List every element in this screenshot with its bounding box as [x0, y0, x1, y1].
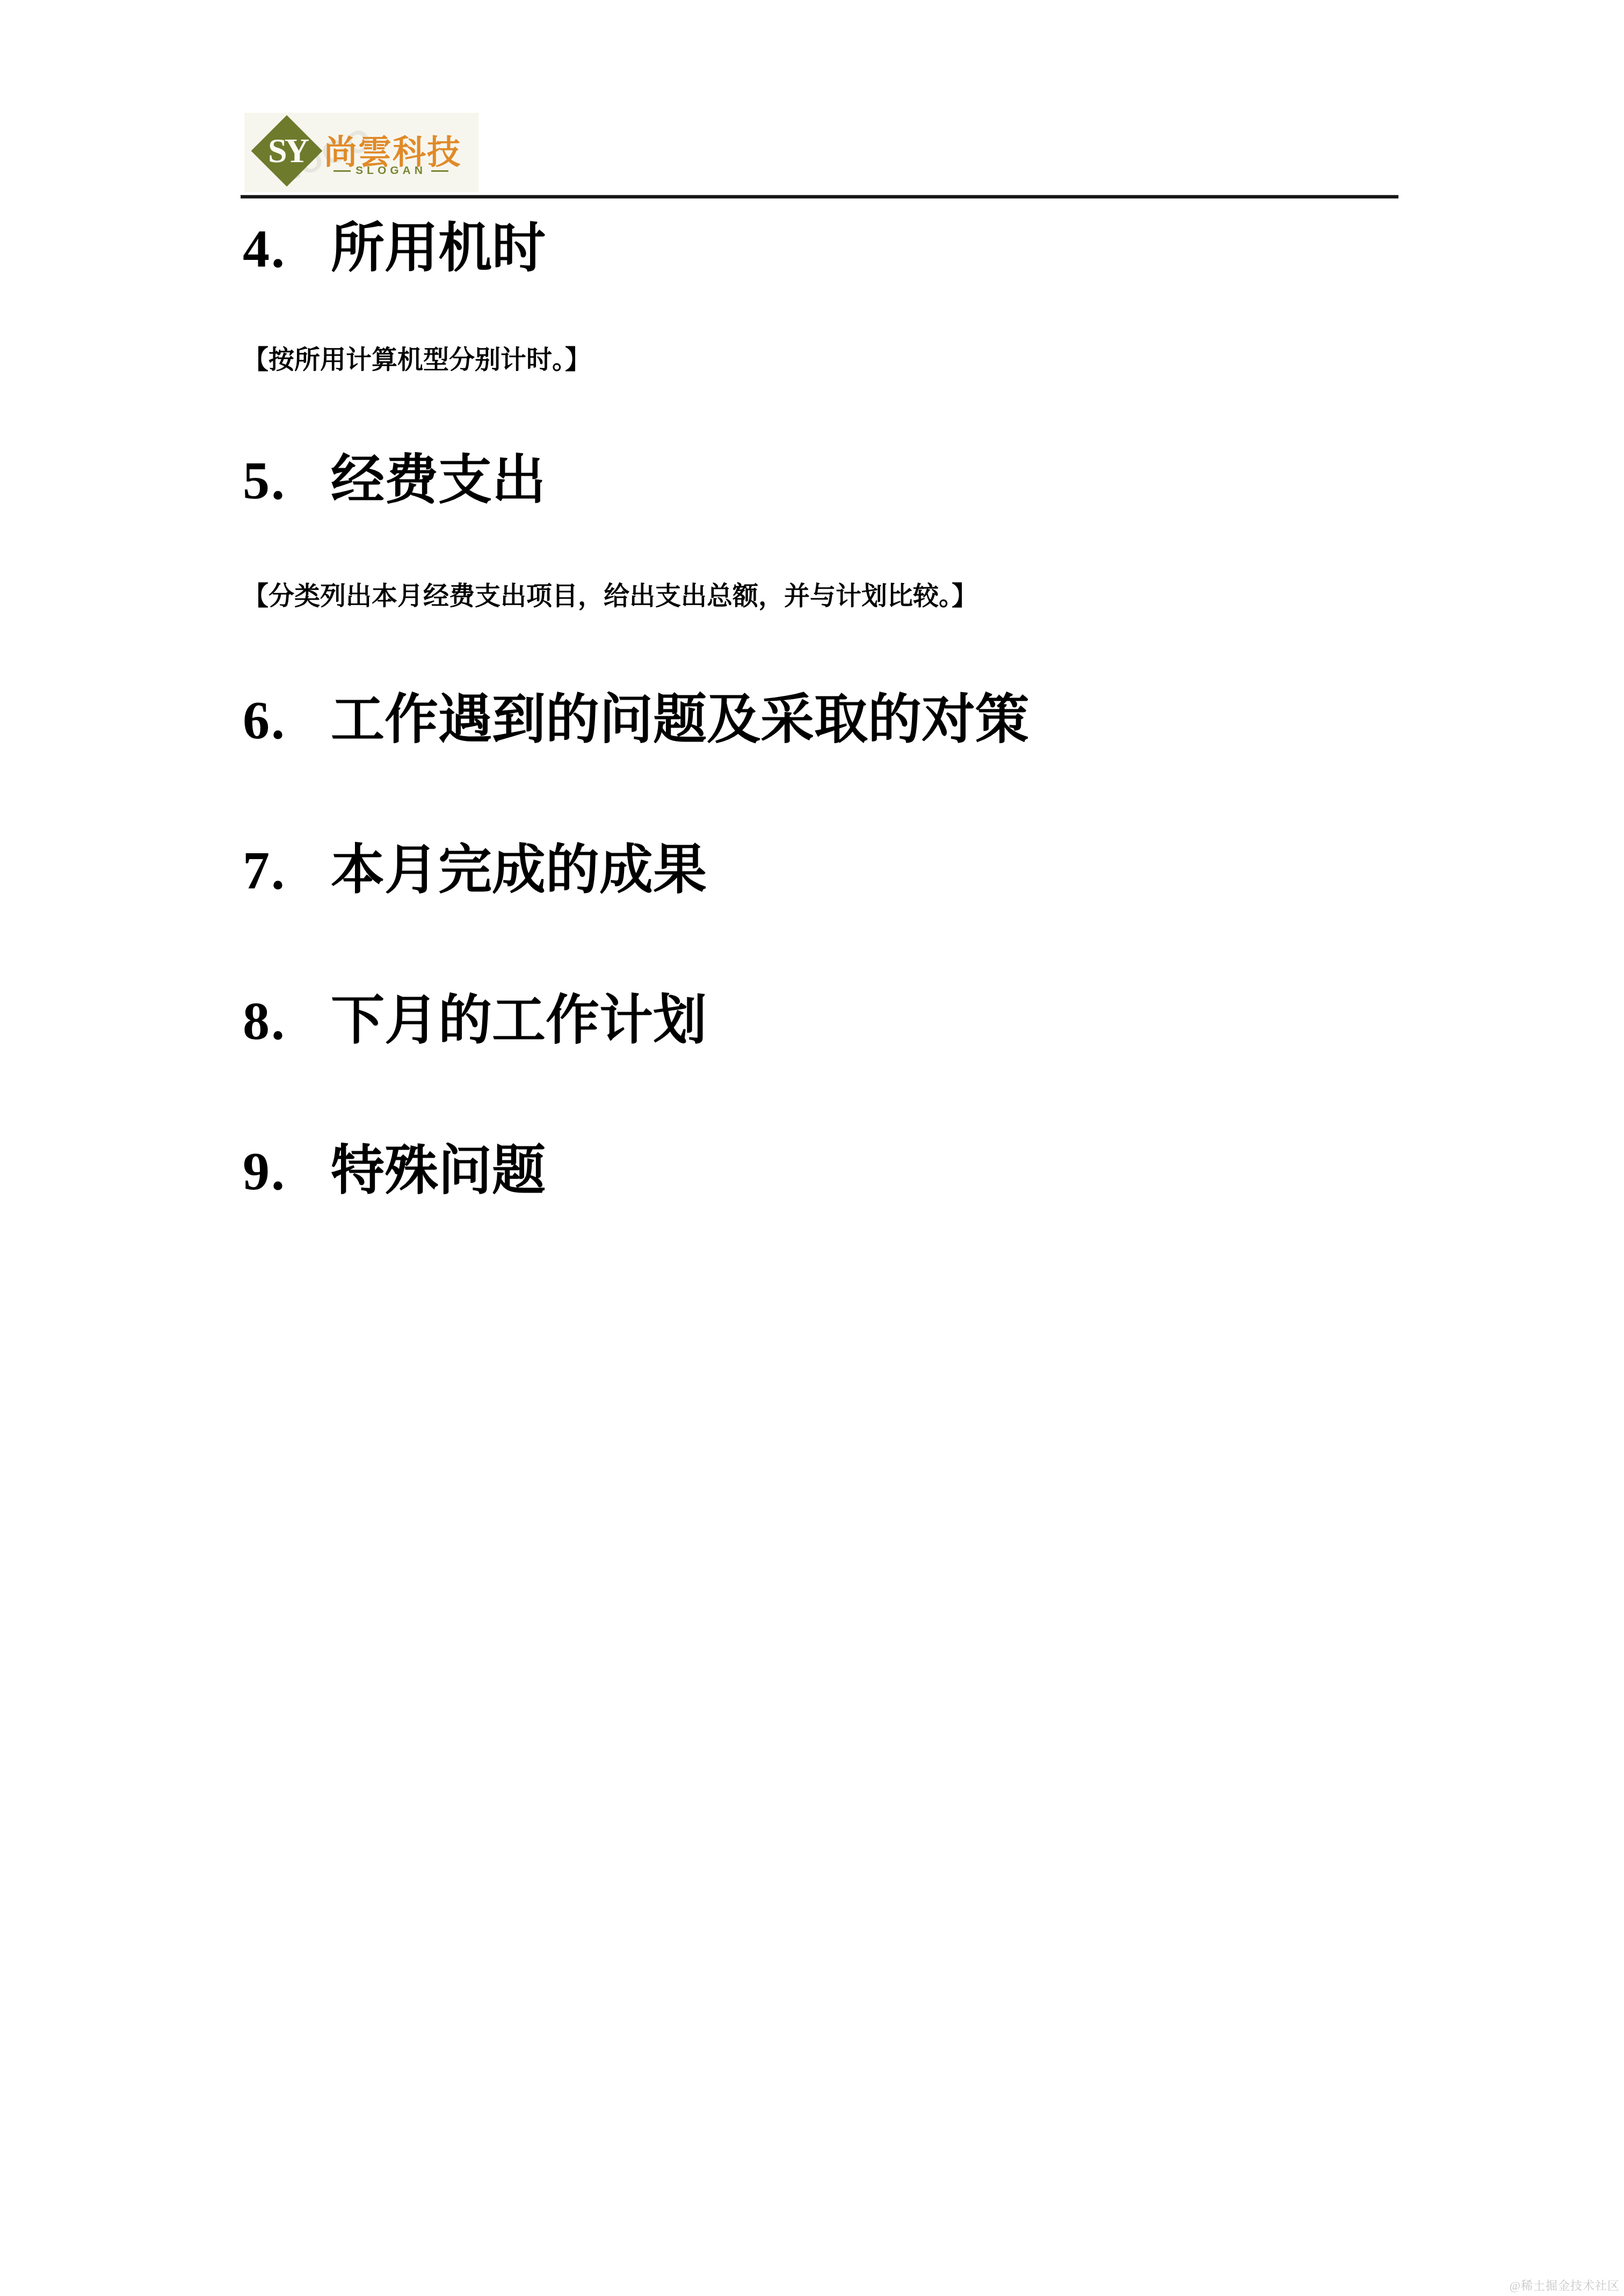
section-title: 下月的工作计划	[331, 991, 707, 1050]
section-title: 特殊问题	[331, 1141, 546, 1201]
section-title: 本月完成的成果	[331, 840, 707, 900]
logo-monogram: SY	[247, 131, 328, 171]
section-number: 8．	[243, 991, 323, 1050]
site-watermark: @稀土掘金技术社区	[1510, 2277, 1620, 2293]
section-number: 7．	[243, 840, 323, 900]
section-title: 经费支出	[331, 451, 546, 510]
document-page: LOGO SY 尚雲科技 SLOGAN 4．所用机时 【按所用计算机型分别计时。…	[0, 0, 1624, 2296]
slogan-right-line	[431, 170, 448, 172]
section-heading-5: 5．经费支出	[243, 447, 546, 514]
section-heading-4: 4．所用机时	[243, 215, 546, 282]
section-heading-9: 9．特殊问题	[243, 1137, 546, 1204]
section-note-4: 【按所用计算机型分别计时。】	[243, 345, 591, 376]
section-heading-7: 7．本月完成的成果	[243, 837, 707, 904]
section-note-5: 【分类列出本月经费支出项目，给出支出总额，并与计划比较。】	[243, 581, 977, 612]
section-title: 工作遇到的问题及采取的对策	[331, 690, 1029, 750]
header-divider-rule	[241, 195, 1398, 199]
section-heading-6: 6．工作遇到的问题及采取的对策	[243, 686, 1029, 753]
slogan-left-line	[334, 170, 351, 172]
company-logo: LOGO SY 尚雲科技 SLOGAN	[244, 113, 479, 192]
section-number: 6．	[243, 690, 323, 750]
section-heading-8: 8．下月的工作计划	[243, 987, 707, 1054]
section-title: 所用机时	[331, 219, 546, 278]
section-number: 9．	[243, 1141, 323, 1201]
slogan-text: SLOGAN	[356, 164, 426, 177]
logo-slogan: SLOGAN	[324, 164, 458, 177]
section-number: 4．	[243, 219, 323, 278]
section-number: 5．	[243, 451, 323, 510]
